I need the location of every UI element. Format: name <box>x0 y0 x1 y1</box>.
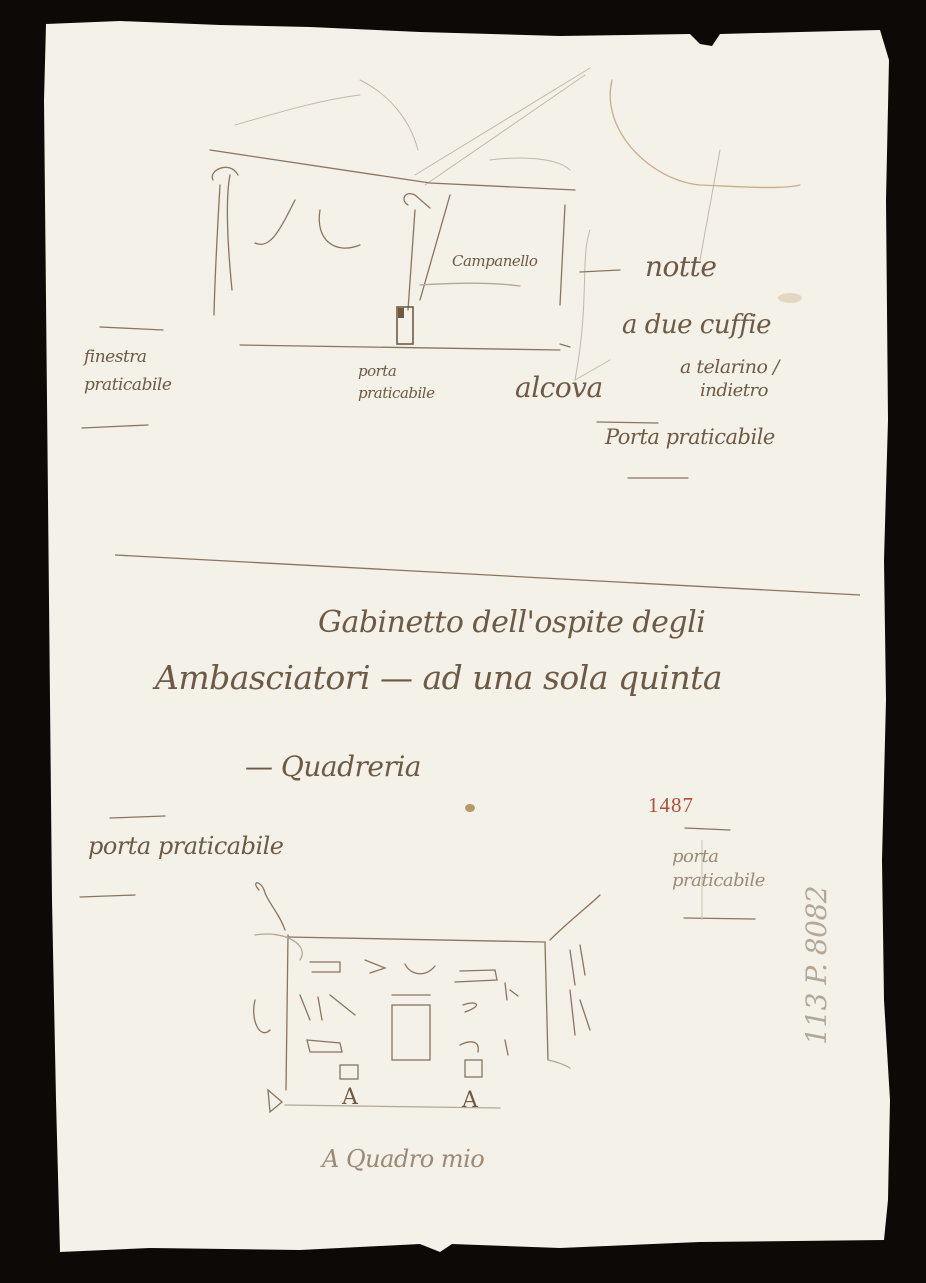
marker-a-right: A <box>462 1088 477 1113</box>
label-porta-praticabile-bottom-right: porta praticabile <box>672 845 765 893</box>
label-porta-praticabile-right: Porta praticabile <box>605 425 775 449</box>
label-indietro: indietro <box>700 380 768 401</box>
label-porta-praticabile-center: porta praticabile <box>358 360 434 404</box>
archive-vertical-note: 113 P. 8082 <box>800 886 833 1045</box>
archive-stamp-number: 1487 <box>648 793 694 818</box>
label-telarino: a telarino / <box>680 356 779 378</box>
label-alcova: alcova <box>515 371 603 404</box>
label-campanello: Campanello <box>452 252 537 270</box>
caption-quadro-mio: A Quadro mio <box>322 1145 484 1173</box>
label-finestra-praticabile: finestra praticabile <box>84 343 171 399</box>
heading-line-1: Gabinetto dell'ospite degli <box>318 605 705 640</box>
heading-line-2: Ambasciatori — ad una sola quinta <box>155 658 722 697</box>
heading-line-3: — Quadreria <box>245 750 421 783</box>
label-due-cuffie: a due cuffie <box>622 310 771 340</box>
label-notte: notte <box>645 250 716 283</box>
label-porta-praticabile-left: porta praticabile <box>88 832 284 860</box>
marker-a-left: A <box>342 1085 357 1110</box>
